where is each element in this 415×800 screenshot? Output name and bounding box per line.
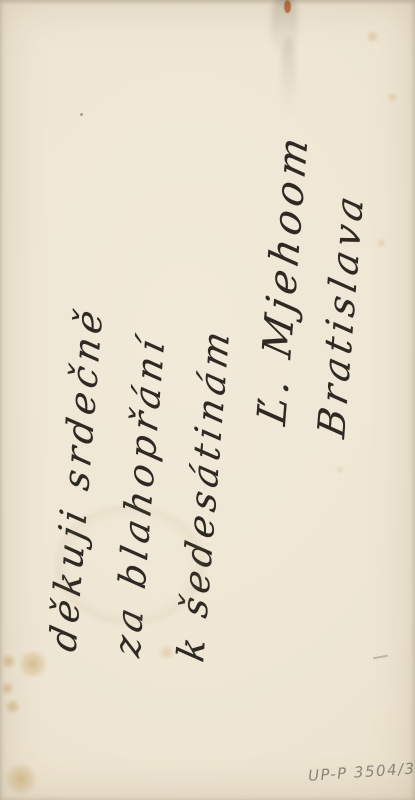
foxing-stain (5, 699, 20, 714)
foxing-stain (376, 238, 386, 248)
handwritten-dedication: děkuji srdečně za blahopřání k šedesátin… (28, 17, 392, 719)
rust-spot (284, 0, 291, 13)
photo-verso-paper: děkuji srdečně za blahopřání k šedesátin… (0, 0, 415, 800)
foxing-stain (387, 92, 398, 103)
foxing-stain (1, 654, 16, 669)
foxing-stain (1, 682, 14, 695)
inventory-number: UP-P 3504/3 (308, 759, 415, 785)
pencil-dash (373, 655, 388, 660)
foxing-stain (5, 763, 37, 795)
